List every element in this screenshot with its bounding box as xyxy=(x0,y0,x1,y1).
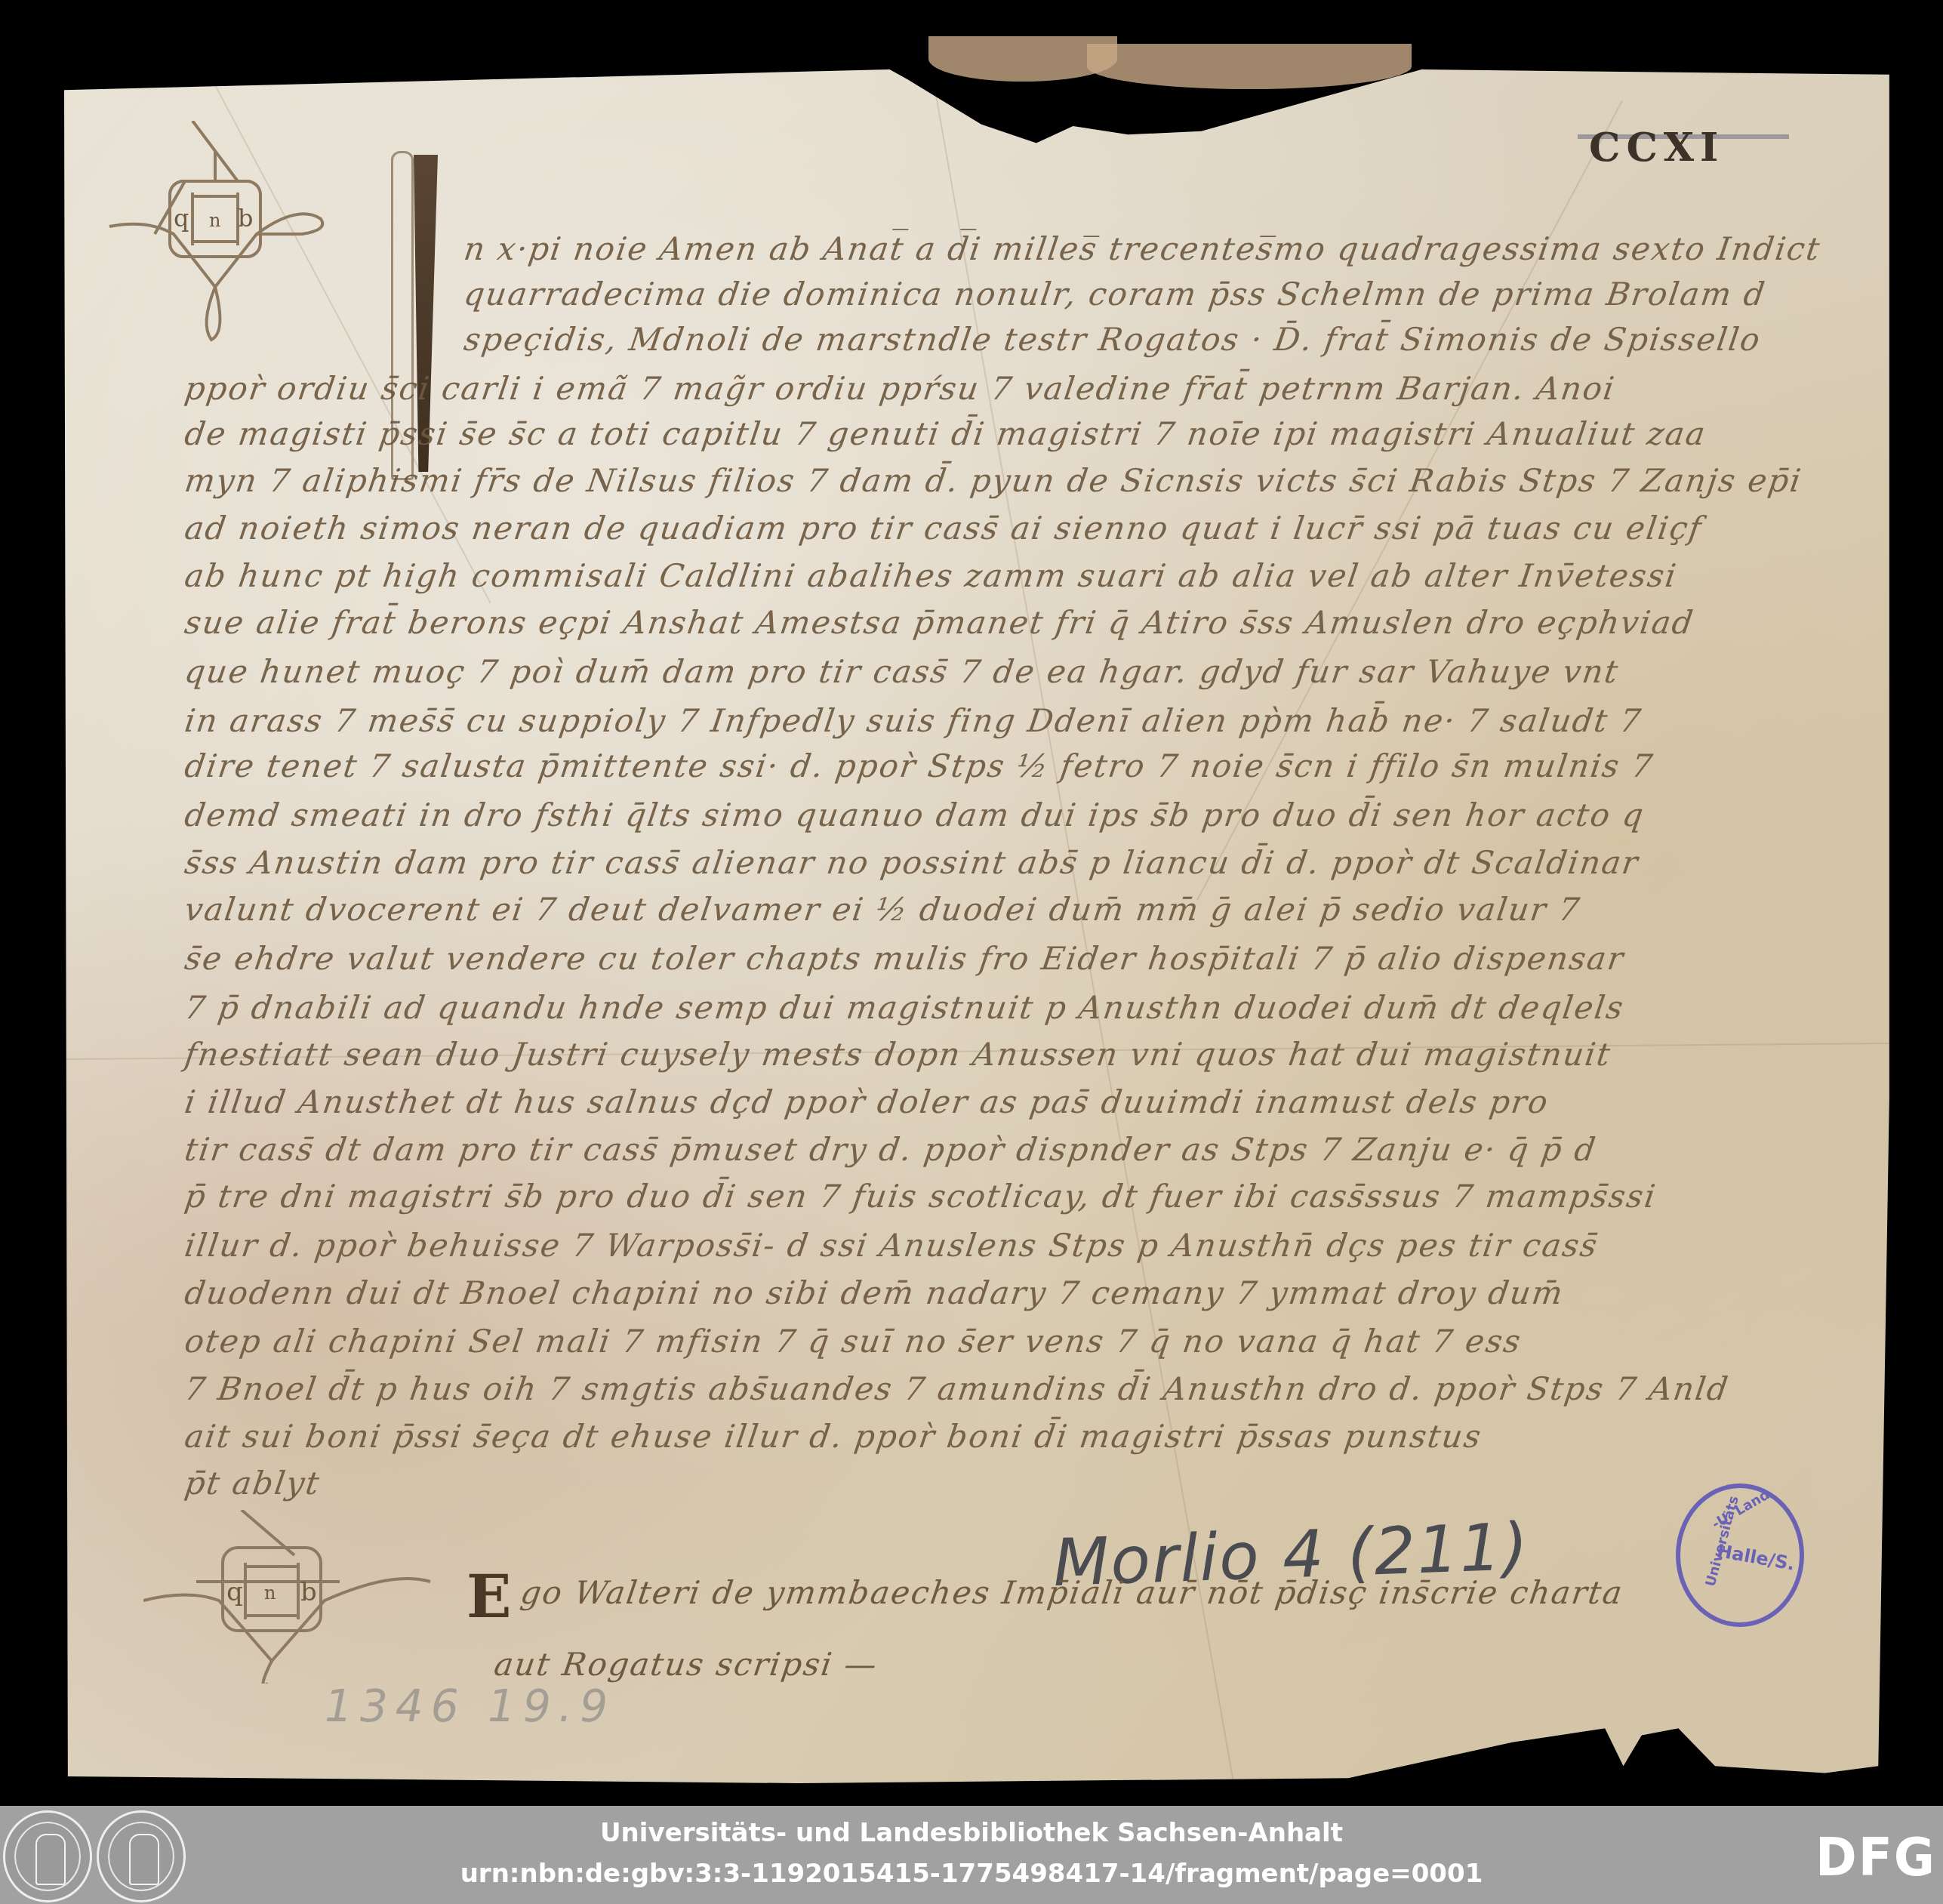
text-line: ait sui boni p̄ssi s̄eça dt ehuse illur … xyxy=(183,1418,1485,1455)
text-line: 7 p̄ dnabili ad quandu hnde semp dui mag… xyxy=(183,989,1627,1026)
subscription-initial: E xyxy=(467,1563,511,1631)
urn-identifier: urn:nbn:de:gbv:3:3-1192015415-1775498417… xyxy=(0,1859,1943,1889)
text-line: dire tenet 7 salusta p̄mittente ssi· d. … xyxy=(183,747,1656,784)
document-viewer: q n b CCXI n x·pi noie Amen ab Anat̅ a d… xyxy=(0,0,1943,1806)
text-line: myn 7 aliphismi fr̄s de Nilsus filios 7 … xyxy=(183,462,1805,499)
dfg-logo: DFG xyxy=(1815,1827,1936,1888)
svg-text:q: q xyxy=(174,204,189,233)
parchment-tear-right xyxy=(1087,44,1412,89)
svg-text:b: b xyxy=(238,204,253,233)
text-line: demd smeati in dro fsthi q̄lts simo quan… xyxy=(183,796,1647,833)
svg-text:b: b xyxy=(300,1577,317,1607)
institution-name: Universitäts- und Landesbibliothek Sachs… xyxy=(0,1818,1943,1848)
text-line: quarradecima die dominica nonulr, coram … xyxy=(462,276,1769,313)
text-line: ad noieth simos neran de quadiam pro tir… xyxy=(183,510,1705,547)
text-line: 7 Bnoel d̄t p hus oih 7 smgtis abs̄uande… xyxy=(183,1370,1732,1407)
text-line: sue alie frat̄ berons eçpi Anshat Amests… xyxy=(183,604,1697,641)
svg-text:n: n xyxy=(264,1582,276,1604)
text-line: ppor̀ ordiu s̄ci carli i emã 7 mag̃r or… xyxy=(183,370,1618,407)
notarial-sign-top-icon: q n b xyxy=(102,121,351,347)
pencil-date-annotation: 1346 19.9 xyxy=(325,1681,615,1732)
text-line: s̄ss Anustin dam pro tir cass̄ alienar n… xyxy=(183,844,1642,881)
text-line: otep ali chapini Sel mali 7 mfisin 7 q̄ … xyxy=(183,1323,1524,1360)
shelfmark-numeral: CCXI xyxy=(1589,125,1724,171)
text-line: de magisti p̄ssi s̄e s̄c a toti capitlu … xyxy=(183,415,1709,452)
text-line: p̄t ablyt xyxy=(183,1465,323,1502)
text-line: fnestiatt sean duo Justri cuysely mests … xyxy=(183,1036,1614,1073)
subscription-line: go Walteri de ymmbaeches Imp̄iali aur̄ n… xyxy=(519,1574,1626,1611)
text-line: i illud Anusthet dt hus salnus dçd ppor̀… xyxy=(183,1083,1552,1120)
text-line: que hunet muoç 7 poì dum̄ dam pro tir c… xyxy=(183,653,1621,690)
subscription-line: aut Rogatus scripsi — xyxy=(492,1646,881,1683)
text-line: tir cass̄ dt dam pro tir cass̄ p̄muset d… xyxy=(183,1131,1600,1168)
text-line: duodenn dui dt Bnoel chapini no sibi dem… xyxy=(183,1274,1566,1311)
text-line: valunt dvocerent ei 7 deut delvamer ei ½… xyxy=(183,891,1584,928)
text-line: n x·pi noie Amen ab Anat̅ a d̅i milles̅ … xyxy=(462,230,1824,267)
text-line: ab hunc pt high commisali Caldlini abali… xyxy=(183,557,1680,594)
notarial-sign-bottom-icon: q n b xyxy=(143,1510,445,1684)
library-stamp: -U. Land Universitäts Halle/S. xyxy=(1676,1483,1804,1627)
svg-text:q: q xyxy=(226,1577,243,1607)
library-footer: Universitäts- und Landesbibliothek Sachs… xyxy=(0,1806,1943,1904)
text-line: illur d. ppor̀ behuisse 7 Warposs̄i- d s… xyxy=(183,1227,1601,1264)
text-line: speçidis, Mdnoli de marstndle testr Roga… xyxy=(462,321,1764,358)
text-line: in arass 7 mes̄s̄ cu suppioly 7 Infpedly… xyxy=(183,702,1645,739)
stamp-center-text: Halle/S. xyxy=(1715,1540,1796,1575)
text-line: s̄e ehdre valut vendere cu toler chapts … xyxy=(183,940,1627,977)
svg-text:n: n xyxy=(209,210,220,231)
text-line: p̄ tre dni magistri s̄b pro duo d̄i sen … xyxy=(183,1178,1659,1215)
